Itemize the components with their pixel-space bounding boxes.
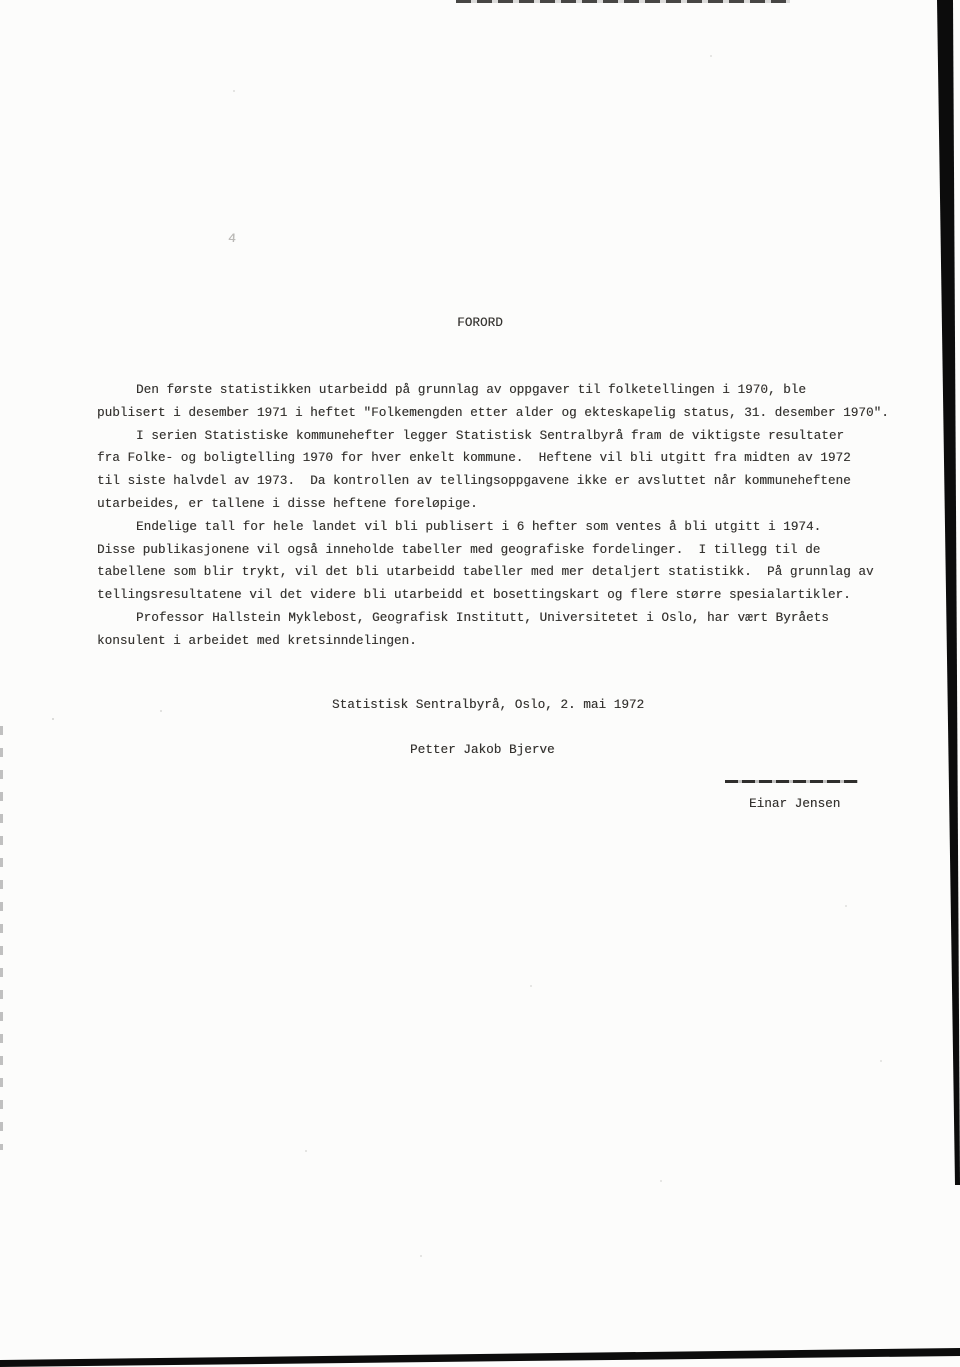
scan-edge-overlay xyxy=(0,0,960,1367)
left-edge-scan-ticks xyxy=(0,726,3,1150)
bottom-edge-scan-line xyxy=(0,1348,960,1367)
body-line: tellingsresultatene vil det videre bli u… xyxy=(97,584,907,607)
body-line: tabellene som blir trykt, vil det bli ut… xyxy=(97,561,907,584)
body-line: Endelige tall for hele landet vil bli pu… xyxy=(97,516,907,539)
body-line: publisert i desember 1971 i heftet "Folk… xyxy=(97,402,907,425)
margin-mark: 4 xyxy=(228,231,237,246)
scanned-page: 4 FORORD Den første statistikken utarbei… xyxy=(0,0,960,1367)
director-signature-name: Petter Jakob Bjerve xyxy=(410,742,555,757)
body-line: Disse publikasjonene vil også inneholde … xyxy=(97,539,907,562)
signature-rule xyxy=(725,780,858,783)
scan-specks xyxy=(0,0,2,2)
body-line: utarbeides, er tallene i disse heftene f… xyxy=(97,493,907,516)
body-line: fra Folke- og boligtelling 1970 for hver… xyxy=(97,447,907,470)
body-line: Den første statistikken utarbeidd på gru… xyxy=(97,379,907,402)
body-line: til siste halvdel av 1973. Da kontrollen… xyxy=(97,470,907,493)
top-edge-dashed-line xyxy=(456,0,790,3)
body-line: konsulent i arbeidet med kretsinndelinge… xyxy=(97,630,907,653)
body-line: I serien Statistiske kommunehefter legge… xyxy=(97,425,907,448)
body-text-block: Den første statistikken utarbeidd på gru… xyxy=(97,379,907,653)
co-signature-name: Einar Jensen xyxy=(749,796,840,811)
body-line: Professor Hallstein Myklebost, Geografis… xyxy=(97,607,907,630)
right-edge-scan-bar xyxy=(937,0,960,1185)
foreword-heading: FORORD xyxy=(0,315,960,330)
organization-date-line: Statistisk Sentralbyrå, Oslo, 2. mai 197… xyxy=(332,697,644,712)
